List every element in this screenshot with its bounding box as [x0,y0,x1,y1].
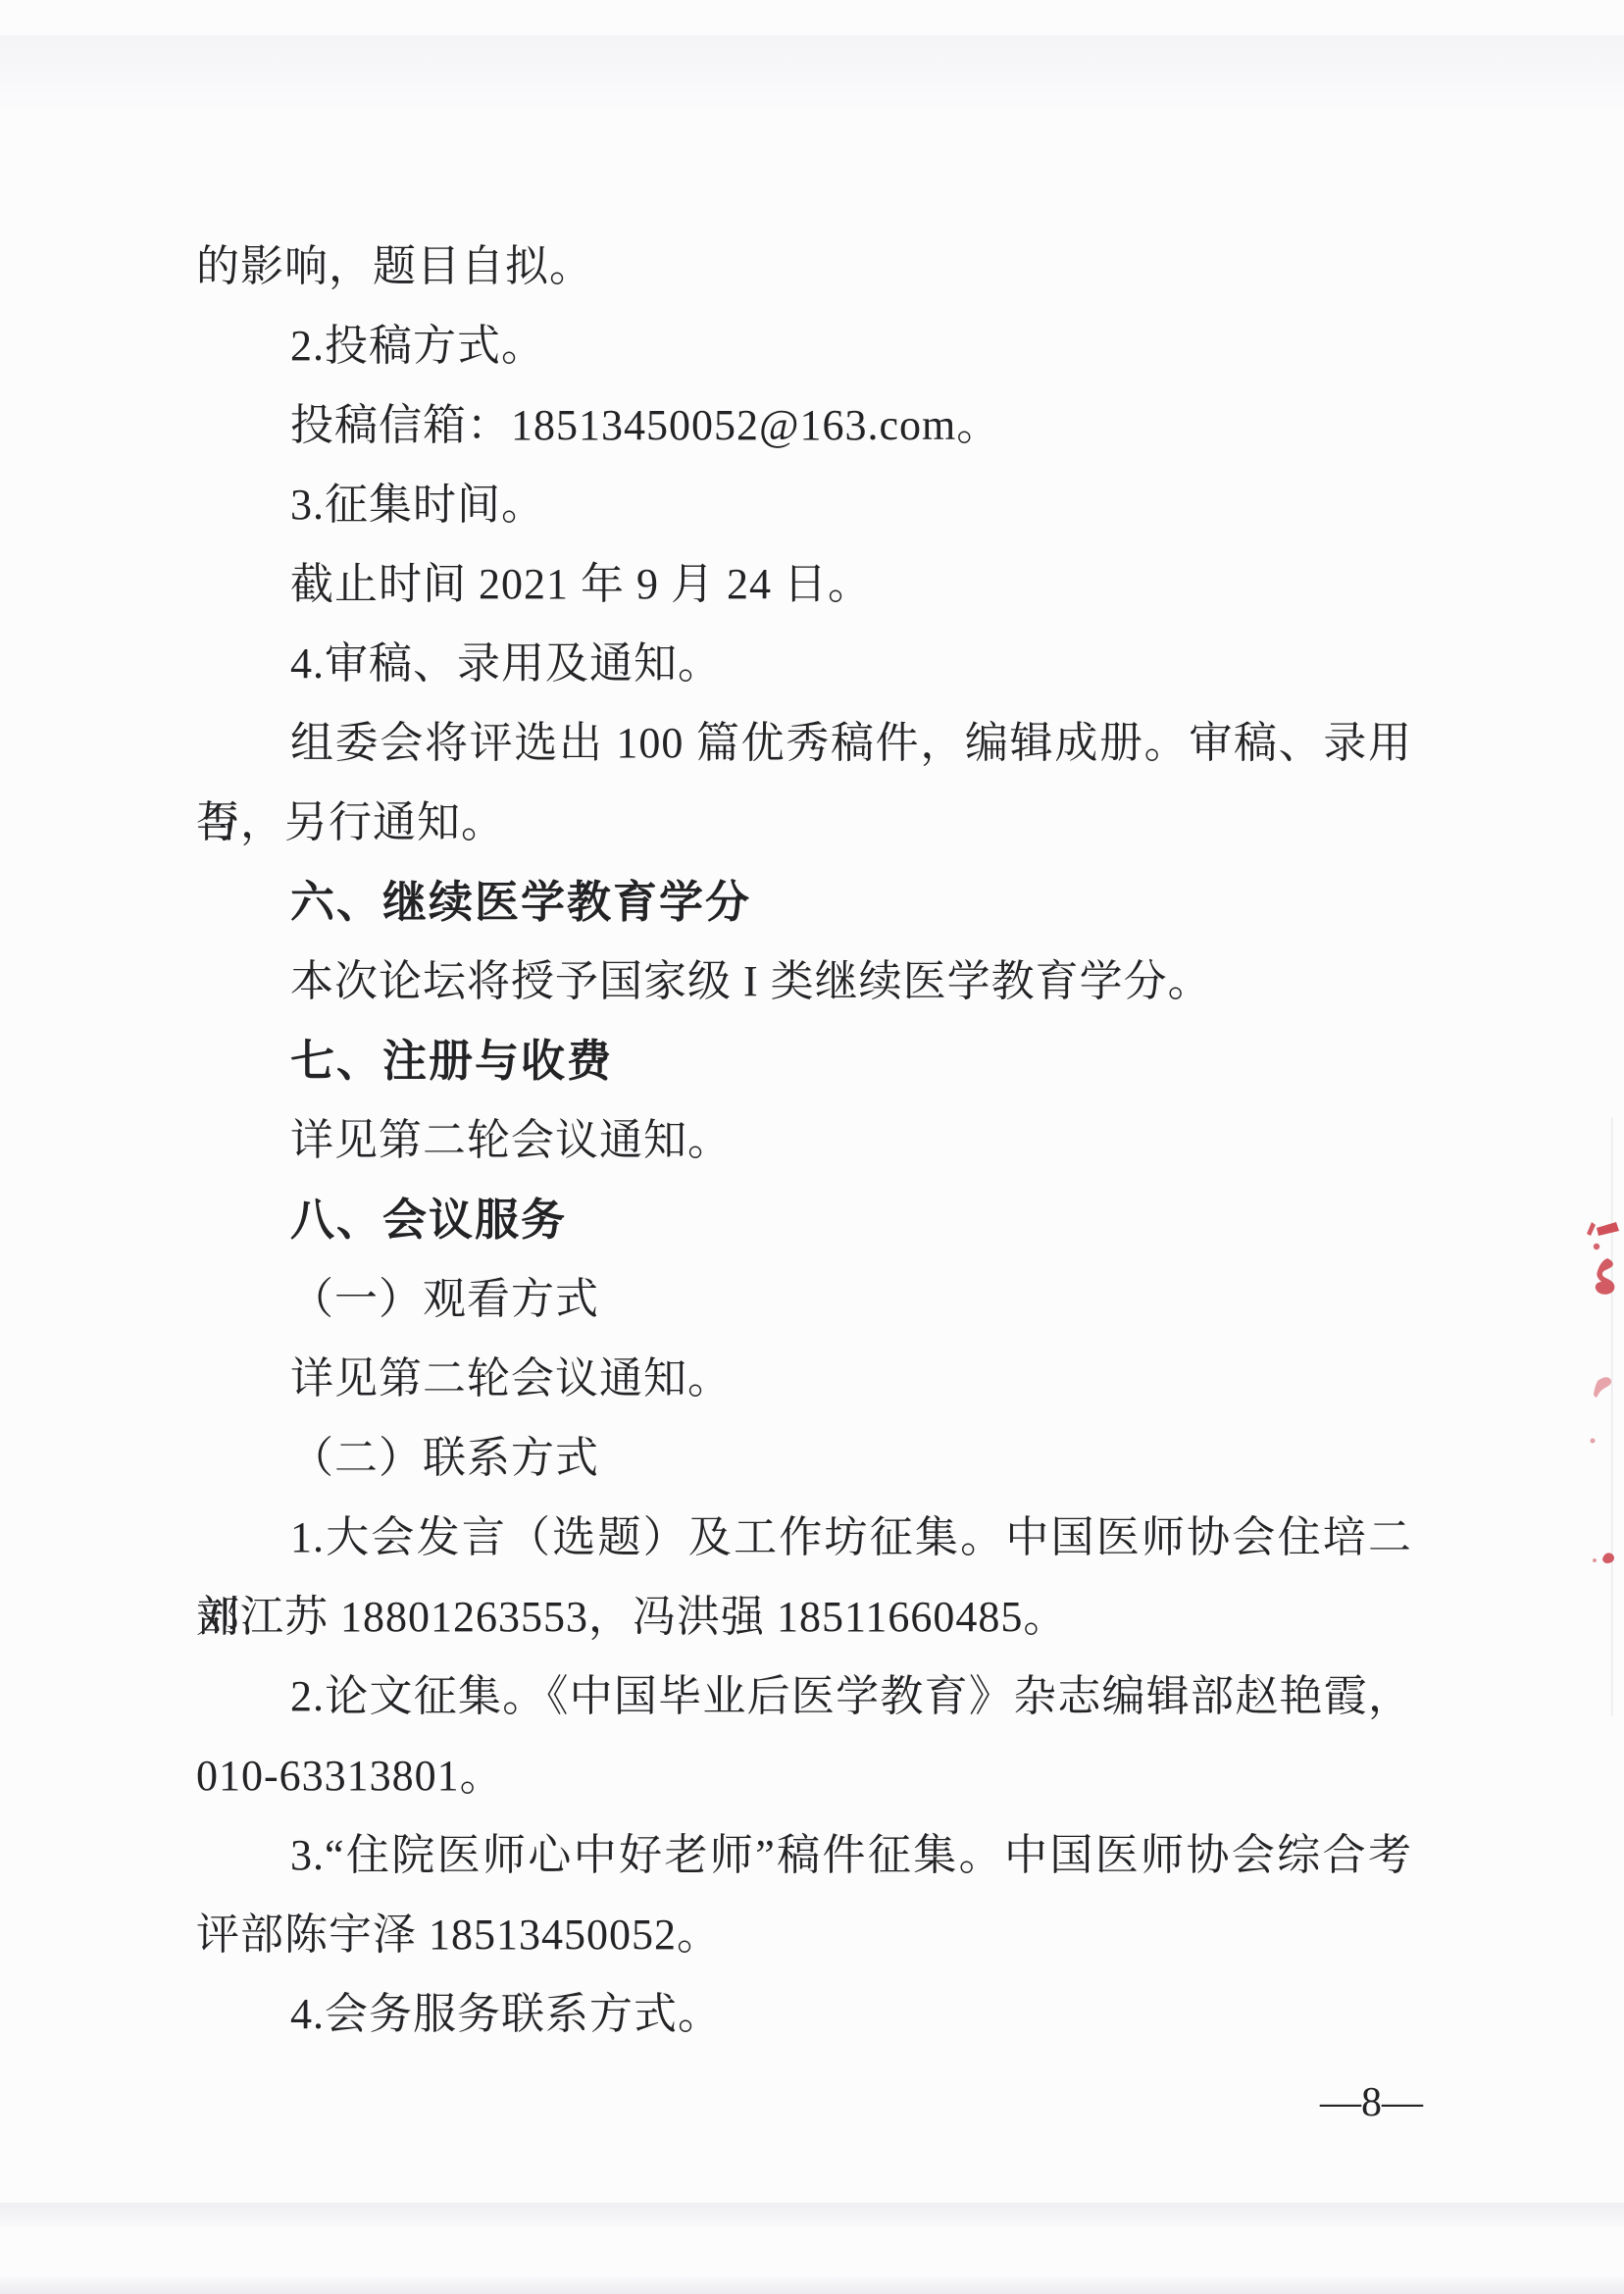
text-line: 3.征集时间。 [196,465,1412,544]
scan-noise-band-bottom [0,2203,1624,2226]
document-page: 的影响，题目自拟。2.投稿方式。投稿信箱：18513450052@163.com… [0,0,1624,2294]
text-line: 评部陈宇泽 18513450052。 [196,1895,1412,1974]
text-line: 截止时间 2021 年 9 月 24 日。 [196,544,1412,624]
text-line: 2.投稿方式。 [196,306,1412,385]
text-line: 4.审稿、录用及通知。 [196,624,1412,703]
text-line: 组委会将评选出 100 篇优秀稿件，编辑成册。审稿、录用与 [196,703,1412,783]
text-line: （二）联系方式 [196,1418,1412,1498]
red-ink-mark [1587,1222,1596,1236]
text-line: 刘江苏 18801263553，冯洪强 18511660485。 [196,1577,1412,1657]
red-ink-mark [1591,1439,1596,1444]
scan-noise-band-top [0,35,1624,108]
red-ink-mark [1593,1558,1597,1562]
red-ink-mark-group [1587,1222,1619,1563]
section-heading: 七、注册与收费 [196,1021,1412,1100]
red-ink-mark [1597,1222,1619,1236]
text-line: 本次论坛将授予国家级 I 类继续医学教育学分。 [196,942,1412,1021]
red-ink-mark [1602,1553,1614,1563]
text-line: 详见第二轮会议通知。 [196,1339,1412,1418]
text-line: 3.“住院医师心中好老师”稿件征集。中国医师协会综合考 [196,1815,1412,1895]
text-line: 的影响，题目自拟。 [196,227,1412,306]
text-line: 否，另行通知。 [196,783,1412,862]
red-ink-mark [1594,1377,1611,1398]
text-line: 1.大会发言（选题）及工作坊征集。中国医师协会住培二部 [196,1498,1412,1577]
text-line: 010-63313801。 [196,1736,1412,1815]
scan-crease-line [1611,1118,1613,1716]
section-heading: 六、继续医学教育学分 [196,862,1412,942]
text-line: 4.会务服务联系方式。 [196,1974,1412,2054]
text-block: 的影响，题目自拟。2.投稿方式。投稿信箱：18513450052@163.com… [196,227,1412,2054]
red-ink-mark [1594,1244,1599,1249]
text-line: （一）观看方式 [196,1259,1412,1339]
red-ink-mark [1596,1258,1615,1295]
text-line: 2.论文征集。《中国毕业后医学教育》杂志编辑部赵艳霞， [196,1657,1412,1736]
section-heading: 八、会议服务 [196,1180,1412,1259]
text-line: 详见第二轮会议通知。 [196,1100,1412,1180]
scan-noise-band-bottom-edge [0,2276,1624,2294]
text-line: 投稿信箱：18513450052@163.com。 [196,385,1412,465]
page-number: —8— [1320,2073,1423,2132]
